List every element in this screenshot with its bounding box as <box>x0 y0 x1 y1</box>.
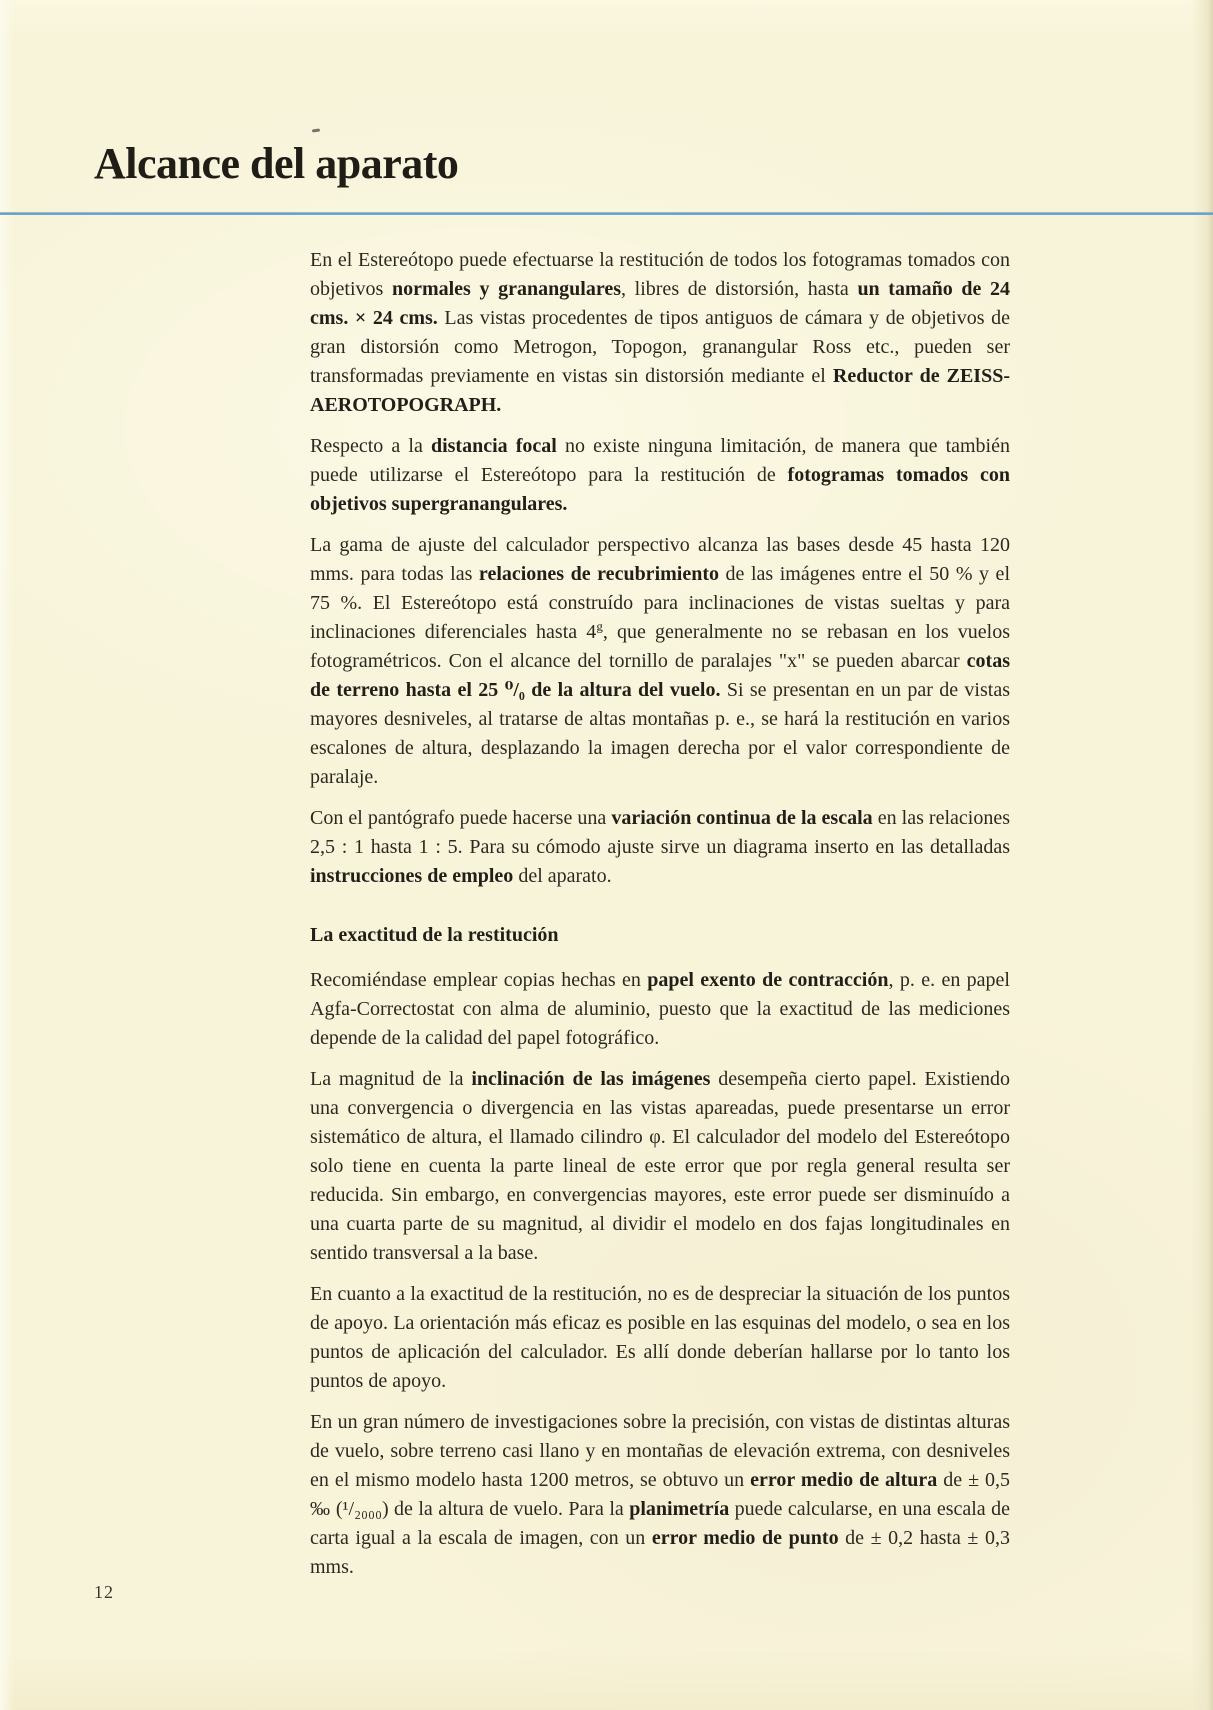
text-run: Recomiéndase emplear copias hechas en <box>310 969 647 991</box>
paragraph: Respecto a la distancia focal no existe … <box>310 432 1010 519</box>
text-run: desempeña cierto papel. Existiendo una c… <box>310 1068 1010 1264</box>
document-page: Alcance del aparato En el Estereótopo pu… <box>0 0 1213 1710</box>
emphasis-text: instrucciones de empleo <box>310 865 513 887</box>
section-heading: La exactitud de la restitución <box>310 921 1010 950</box>
emphasis-text: variación continua de la escala <box>611 807 872 829</box>
text-run: del aparato. <box>513 865 611 887</box>
paragraph: Recomiéndase emplear copias hechas en pa… <box>310 966 1010 1053</box>
emphasis-text: distancia focal <box>431 435 557 457</box>
emphasis-text: papel exento de contracción <box>647 969 888 991</box>
emphasis-text: relaciones de recubrimiento <box>479 563 719 585</box>
title-underline-rule <box>0 212 1213 215</box>
paragraph: La gama de ajuste del calculador perspec… <box>310 531 1010 792</box>
text-run: , libres de distorsión, hasta <box>621 278 857 300</box>
emphasis-text: error medio de altura <box>750 1469 937 1491</box>
paragraph: En un gran número de investigaciones sob… <box>310 1408 1010 1582</box>
paragraph: En cuanto a la exactitud de la restituci… <box>310 1280 1010 1396</box>
text-run: Con el pantógrafo puede hacerse una <box>310 807 611 829</box>
text-run: La magnitud de la <box>310 1068 471 1090</box>
emphasis-text: La exactitud de la restitución <box>310 924 559 946</box>
paragraph: En el Estereótopo puede efectuarse la re… <box>310 246 1010 420</box>
article-body: En el Estereótopo puede efectuarse la re… <box>310 246 1010 1594</box>
emphasis-text: error medio de punto <box>652 1527 839 1549</box>
text-run: Respecto a la <box>310 435 431 457</box>
text-run: En cuanto a la exactitud de la restituci… <box>310 1283 1010 1392</box>
page-number: 12 <box>94 1582 114 1603</box>
paragraph: La magnitud de la inclinación de las imá… <box>310 1065 1010 1268</box>
emphasis-text: normales y granangulares <box>392 278 621 300</box>
emphasis-text: planimetría <box>629 1498 729 1520</box>
paragraph: Con el pantógrafo puede hacerse una vari… <box>310 804 1010 891</box>
page-title: Alcance del aparato <box>94 140 458 188</box>
scan-speck <box>312 128 320 132</box>
emphasis-text: inclinación de las imágenes <box>471 1068 710 1090</box>
